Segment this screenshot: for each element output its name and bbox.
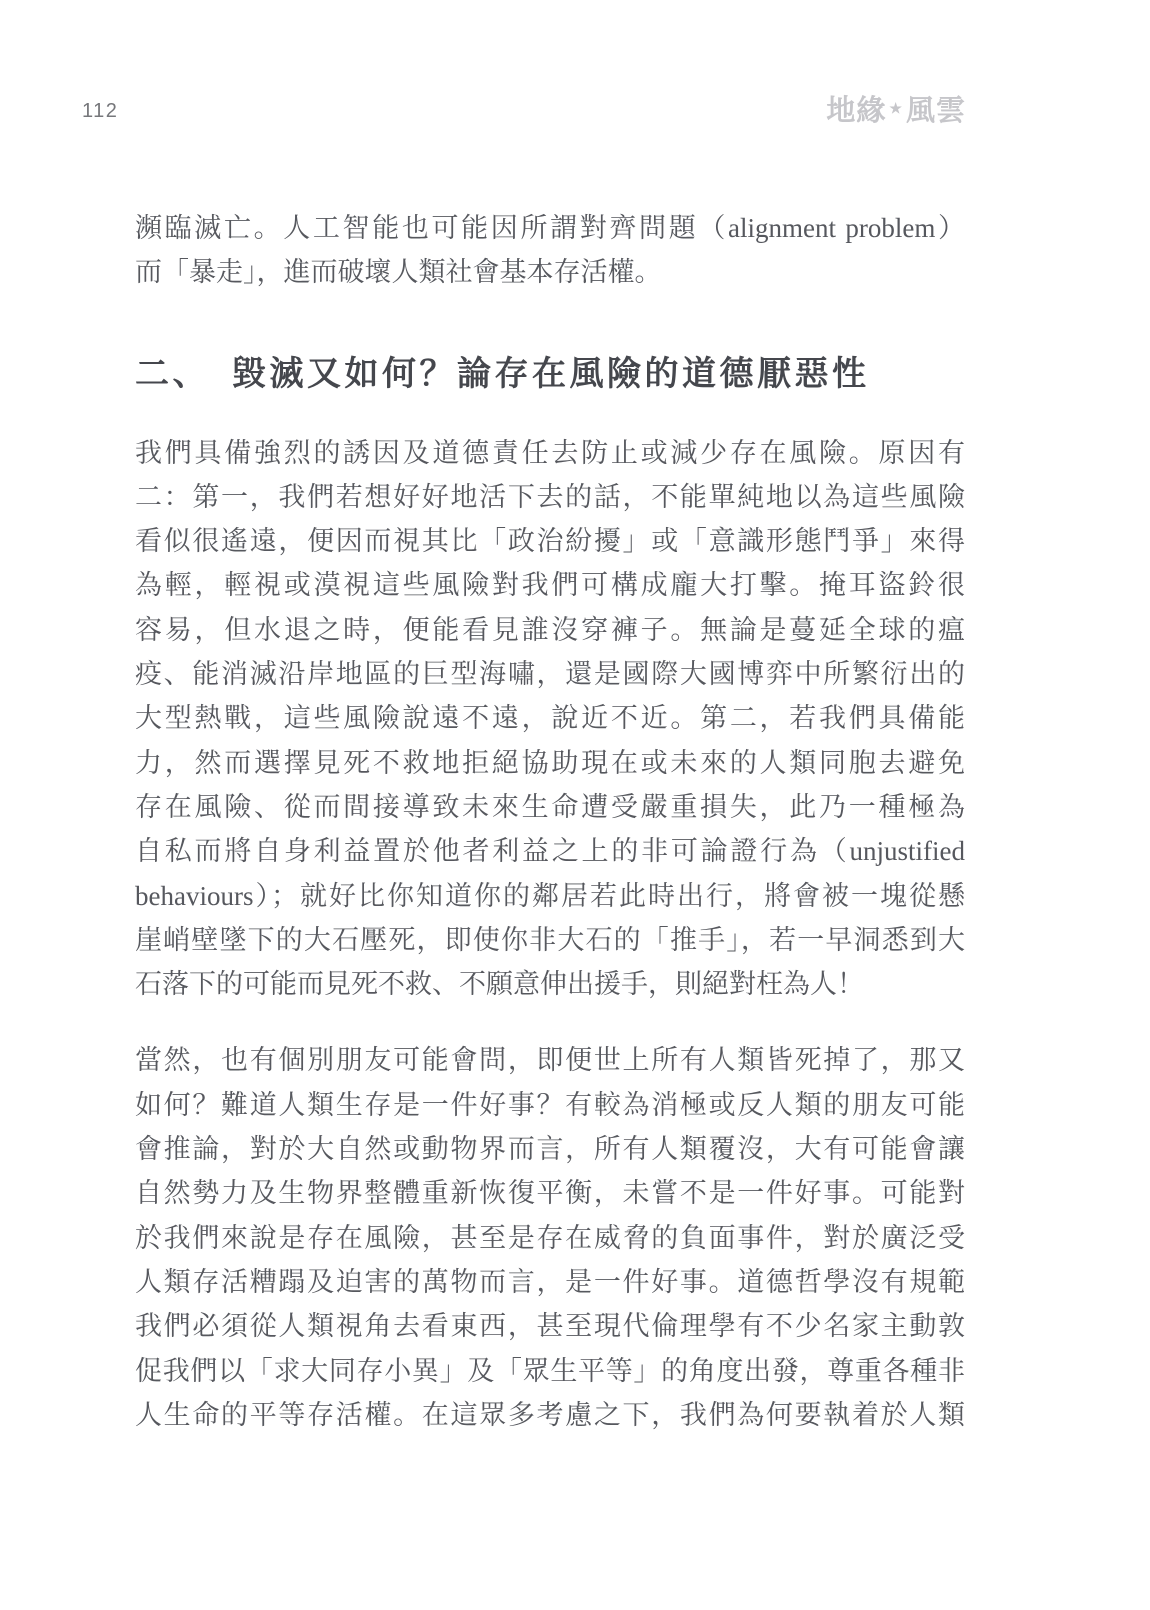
text-line: 看似很遙遠，便因而視其比「政治紛擾」或「意識形態鬥爭」來得 [135, 519, 965, 563]
text-line: 疫、能消滅沿岸地區的巨型海嘯，還是國際大國博弈中所繁衍出的 [135, 652, 965, 696]
paragraph-1: 我們具備強烈的誘因及道德責任去防止或減少存在風險。原因有二：第一，我們若想好好地… [135, 431, 965, 1007]
text-block: 瀕臨滅亡。人工智能也可能因所謂對齊問題（alignment problem）而「… [135, 0, 965, 1437]
text-line: 容易，但水退之時，便能看見誰沒穿褲子。無論是蔓延全球的瘟 [135, 608, 965, 652]
text-line: 人生命的平等存活權。在這眾多考慮之下，我們為何要執着於人類 [135, 1393, 965, 1437]
text-line: 如何？難道人類生存是一件好事？有較為消極或反人類的朋友可能 [135, 1083, 965, 1127]
text-line: 為輕，輕視或漠視這些風險對我們可構成龐大打擊。掩耳盜鈴很 [135, 563, 965, 607]
text-line: 自然勢力及生物界整體重新恢復平衡，未嘗不是一件好事。可能對 [135, 1171, 965, 1215]
text-line: 瀕臨滅亡。人工智能也可能因所謂對齊問題（alignment problem） [135, 206, 965, 250]
paragraph-intro: 瀕臨滅亡。人工智能也可能因所謂對齊問題（alignment problem）而「… [135, 206, 965, 295]
text-line: 促我們以「求大同存小異」及「眾生平等」的角度出發，尊重各種非 [135, 1349, 965, 1393]
section-number: 二、 [135, 352, 210, 398]
text-line: 而「暴走」，進而破壞人類社會基本存活權。 [135, 250, 965, 294]
text-line: 崖峭壁墜下的大石壓死，即使你非大石的「推手」，若一早洞悉到大 [135, 918, 965, 962]
text-line: behaviours）；就好比你知道你的鄰居若此時出行，將會被一塊從懸 [135, 874, 965, 918]
text-line: 我們必須從人類視角去看東西，甚至現代倫理學有不少名家主動敦 [135, 1304, 965, 1348]
text-line: 我們具備強烈的誘因及道德責任去防止或減少存在風險。原因有 [135, 431, 965, 475]
section-title: 毀滅又如何？論存在風險的道德厭惡性 [232, 352, 870, 398]
text-line: 大型熱戰，這些風險說遠不遠，說近不近。第二，若我們具備能 [135, 696, 965, 740]
text-line: 當然，也有個別朋友可能會問，即便世上所有人類皆死掉了，那又 [135, 1038, 965, 1082]
text-line: 會推論，對於大自然或動物界而言，所有人類覆沒，大有可能會讓 [135, 1127, 965, 1171]
text-line: 於我們來說是存在風險，甚至是存在威脅的負面事件，對於廣泛受 [135, 1216, 965, 1260]
text-line: 人類存活糟蹋及迫害的萬物而言，是一件好事。道德哲學沒有規範 [135, 1260, 965, 1304]
text-line: 存在風險、從而間接導致未來生命遭受嚴重損失，此乃一種極為 [135, 785, 965, 829]
page-number: 112 [82, 100, 118, 123]
text-line: 力，然而選擇見死不救地拒絕協助現在或未來的人類同胞去避免 [135, 741, 965, 785]
text-line: 自私而將自身利益置於他者利益之上的非可論證行為（unjustified [135, 829, 965, 873]
section-heading: 二、 毀滅又如何？論存在風險的道德厭惡性 [135, 352, 965, 398]
paragraph-2: 當然，也有個別朋友可能會問，即便世上所有人類皆死掉了，那又如何？難道人類生存是一… [135, 1038, 965, 1437]
text-line: 二：第一，我們若想好好地活下去的話，不能單純地以為這些風險 [135, 475, 965, 519]
text-line: 石落下的可能而見死不救、不願意伸出援手，則絕對枉為人！ [135, 962, 965, 1006]
